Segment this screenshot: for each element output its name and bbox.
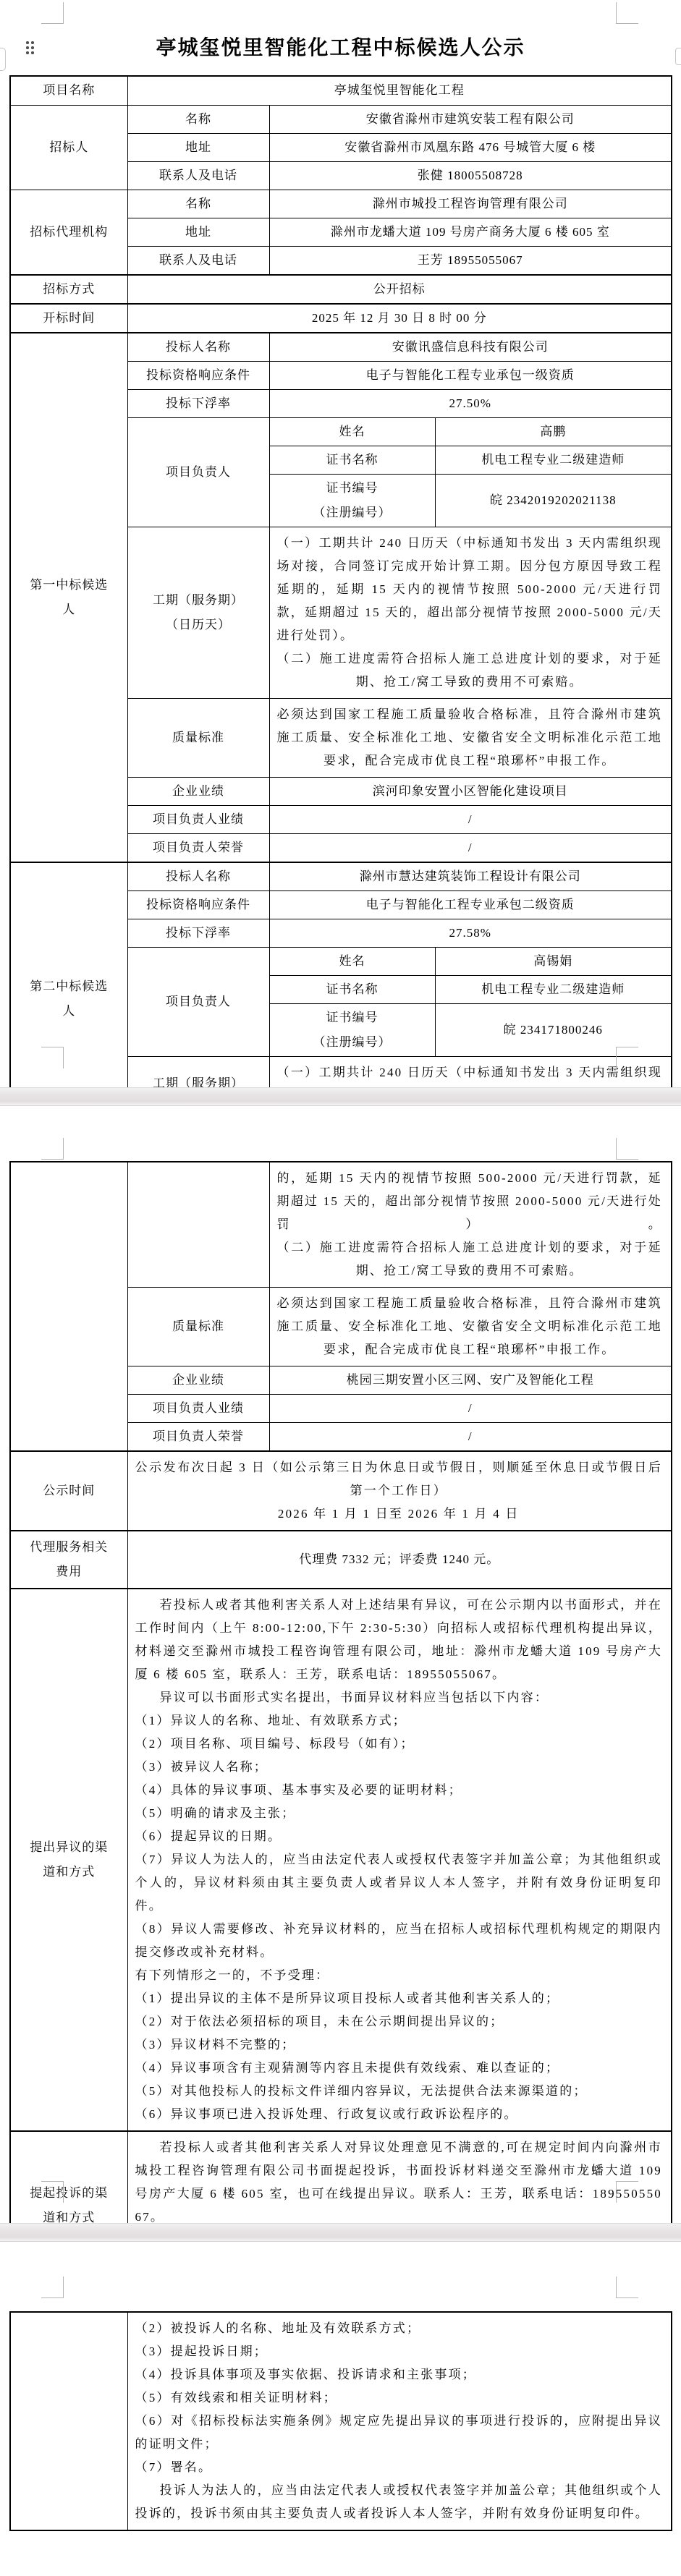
value-c1-enterprise-performance: 滨河印象安置小区智能化建设项目	[269, 777, 672, 805]
label-tenderee-contact: 联系人及电话	[127, 161, 269, 190]
value-c2-pm-cert-name: 机电工程专业二级建造师	[435, 975, 672, 1003]
paragraph: （5）有效线索和相关证明材料；	[135, 2386, 663, 2410]
paragraph: 若投标人或者其他利害关系人对上述结果有异议，可在公示期内以书面形式，并在工作时间…	[135, 1594, 663, 1686]
label-tenderee-address: 地址	[127, 133, 269, 161]
paragraph: （1）异议人的名称、地址、有效联系方式；	[135, 1709, 663, 1733]
value-c1-quality-standard: 必须达到国家工程施工质量验收合格标准，且符合滁州市建筑施工质量、安全标准化工地、…	[269, 698, 672, 777]
paragraph: 2026 年 1 月 1 日至 2026 年 1 月 4 日	[135, 1502, 663, 1526]
label-c2-pm-honor: 项目负责人荣誉	[127, 1423, 269, 1452]
label-c1-pm-name: 姓名	[269, 417, 435, 446]
crop-mark-bottom-left	[41, 2181, 64, 2203]
paragraph: （6）对《招标投标法实施条例》规定应先提出异议的事项进行投诉的，应附提出异议的证…	[135, 2410, 663, 2456]
label-project-name: 项目名称	[10, 76, 127, 105]
row-agency-service-fee: 代理服务相关费用代理费 7332 元；评委费 1240 元。	[10, 1531, 672, 1589]
row-tenderee-name: 招标人名称安徽省滁州市建筑安装工程有限公司	[10, 105, 672, 133]
page-3: （2）被投诉人的名称、地址及有效联系方式；（3）提起投诉日期；（4）投诉具体事项…	[0, 2242, 681, 2576]
value-c2-qualification: 电子与智能化工程专业承包二级资质	[269, 890, 672, 919]
page-break-gap-1	[0, 1087, 681, 1106]
value-c2-pm-name: 高锡娟	[435, 947, 672, 975]
paragraph: （6）异议事项已进入投诉处理、行政复议或行政诉讼程序的。	[135, 2103, 663, 2126]
crop-mark-top-right	[616, 2, 638, 24]
value-c1-discount-rate: 27.50%	[269, 389, 672, 417]
drag-handle-icon[interactable]	[26, 41, 35, 56]
crop-mark-top-left	[41, 1138, 64, 1160]
label-agency-contact: 联系人及电话	[127, 246, 269, 275]
label-agency-address: 地址	[127, 218, 269, 246]
group-tenderee: 招标人	[10, 105, 127, 190]
paragraph: （1）提出异议的主体不是所异议项目投标人或者其他利害关系人的；	[135, 1987, 663, 2010]
paragraph: （7）署名。	[135, 2456, 663, 2479]
label-objection-channel: 提出异议的渠道和方式	[10, 1589, 127, 2131]
label-complaint-channel: 提起投诉的渠道和方式	[10, 2131, 127, 2223]
label-c1-discount-rate: 投标下浮率	[127, 389, 269, 417]
paragraph: 的，延期 15 天内的视情节按照 500-2000 元/天进行罚款，延期超过 1…	[277, 1167, 663, 1236]
value-objection-channel: 若投标人或者其他利害关系人对上述结果有异议，可在公示期内以书面形式，并在工作时间…	[127, 1589, 672, 2131]
group-c1-project-manager: 项目负责人	[127, 417, 269, 527]
group-agency: 招标代理机构	[10, 190, 127, 275]
label-c2-discount-rate: 投标下浮率	[127, 919, 269, 947]
label-bid-opening-time: 开标时间	[10, 304, 127, 333]
value-c1-duration: （一）工期共计 240 日历天（中标通知书发出 3 天内需组织现场对接，合同签订…	[269, 527, 672, 698]
row-publicity-period: 公示时间公示发布次日起 3 日（如公示第三日为休息日或节假日，则顺延至休息日或节…	[10, 1451, 672, 1531]
row-objection-channel: 提出异议的渠道和方式若投标人或者其他利害关系人对上述结果有异议，可在公示期内以书…	[10, 1589, 672, 2131]
value-c2-pm-performance: /	[269, 1395, 672, 1423]
label-c2-pm-performance: 项目负责人业绩	[127, 1395, 269, 1423]
paragraph: （4）具体的异议事项、基本事实及必要的证明材料；	[135, 1779, 663, 1802]
paragraph: （6）提起异议的日期。	[135, 1825, 663, 1848]
value-c1-pm-performance: /	[269, 805, 672, 833]
announcement-table-page-2: 的，延期 15 天内的视情节按照 500-2000 元/天进行罚款，延期超过 1…	[9, 1161, 672, 2223]
label-c1-quality-standard: 质量标准	[127, 698, 269, 777]
label-c1-pm-cert-name: 证书名称	[269, 446, 435, 474]
group-candidate-2-continued	[10, 1162, 127, 1451]
crop-mark-top-right	[616, 1138, 638, 1160]
paragraph: （3）被异议人名称；	[135, 1756, 663, 1779]
value-publicity-period: 公示发布次日起 3 日（如公示第三日为休息日或节假日，则顺延至休息日或节假日后第…	[127, 1451, 672, 1531]
paragraph: 若投标人或者其他利害关系人对异议处理意见不满意的,可在规定时间内向滁州市城投工程…	[135, 2136, 663, 2223]
row-c2-bidder-name: 第二中标候选人投标人名称滁州市慧达建筑装饰工程设计有限公司	[10, 862, 672, 891]
value-tender-method: 公开招标	[127, 275, 672, 304]
paragraph: （7）异议人为法人的，应当由法定代表人或授权代表签字并加盖公章；为其他组织或个人…	[135, 1848, 663, 1918]
value-project-name: 亭城玺悦里智能化工程	[127, 76, 672, 105]
paragraph: 必须达到国家工程施工质量验收合格标准，且符合滁州市建筑施工质量、安全标准化工地、…	[277, 703, 663, 773]
value-agency-contact: 王芳 18955055067	[269, 246, 672, 275]
row-tender-method: 招标方式公开招标	[10, 275, 672, 304]
value-tenderee-address: 安徽省滁州市凤凰东路 476 号城管大厦 6 楼	[269, 133, 672, 161]
group-candidate-2: 第二中标候选人	[10, 862, 127, 1088]
page-1: 亭城玺悦里智能化工程中标候选人公示 项目名称亭城玺悦里智能化工程招标人名称安徽省…	[0, 0, 681, 1087]
paragraph: （2）被投诉人的名称、地址及有效联系方式；	[135, 2317, 663, 2340]
label-tenderee-name: 名称	[127, 105, 269, 133]
announcement-table-page-3: （2）被投诉人的名称、地址及有效联系方式；（3）提起投诉日期；（4）投诉具体事项…	[9, 2311, 672, 2531]
label-c2-quality-standard: 质量标准	[127, 1288, 269, 1366]
label-agency-name: 名称	[127, 190, 269, 218]
value-complaint-channel: 若投标人或者其他利害关系人对异议处理意见不满意的,可在规定时间内向滁州市城投工程…	[127, 2131, 672, 2223]
paragraph: （一）工期共计 240 日历天（中标通知书发出 3 天内需组织现场对接，合同签订…	[277, 1061, 663, 1088]
value-c2-bidder-name: 滁州市慧达建筑装饰工程设计有限公司	[269, 862, 672, 891]
edge-floating-button-right[interactable]	[675, 48, 681, 65]
group-c2-project-manager: 项目负责人	[127, 947, 269, 1056]
value-tenderee-contact: 张健 18005508728	[269, 161, 672, 190]
value-c1-qualification: 电子与智能化工程专业承包一级资质	[269, 361, 672, 389]
label-c2-bidder-name: 投标人名称	[127, 862, 269, 891]
row-agency-name: 招标代理机构名称滁州市城投工程咨询管理有限公司	[10, 190, 672, 218]
label-c1-enterprise-performance: 企业业绩	[127, 777, 269, 805]
label-c1-bidder-name: 投标人名称	[127, 333, 269, 362]
announcement-table-page-1: 项目名称亭城玺悦里智能化工程招标人名称安徽省滁州市建筑安装工程有限公司地址安徽省…	[9, 75, 672, 1087]
label-c2-pm-cert-name: 证书名称	[269, 975, 435, 1003]
crop-mark-bottom-left	[41, 1047, 64, 1068]
paragraph: （5）明确的请求及主张；	[135, 1802, 663, 1825]
label-c2-duration: 工期（服务期） （日历天）	[127, 1056, 269, 1087]
paragraph: 投诉人为法人的，应当由法定代表人或授权代表签字并加盖公章；其他组织或个人投诉的，…	[135, 2479, 663, 2525]
group-candidate-1: 第一中标候选人	[10, 333, 127, 862]
crop-mark-top-right	[616, 2277, 638, 2298]
label-c1-pm-honor: 项目负责人荣誉	[127, 833, 269, 862]
paragraph: （2）项目名称、项目编号、标段号（如有）；	[135, 1733, 663, 1756]
label-c2-qualification: 投标资格响应条件	[127, 890, 269, 919]
value-agency-name: 滁州市城投工程咨询管理有限公司	[269, 190, 672, 218]
paragraph: （4）投诉具体事项及事实依据、投诉请求和主张事项；	[135, 2363, 663, 2386]
paragraph: （3）提起投诉日期；	[135, 2340, 663, 2363]
page-break-gap-2	[0, 2223, 681, 2242]
crop-mark-top-left	[41, 2, 64, 24]
row-c1-bidder-name: 第一中标候选人投标人名称安徽讯盛信息科技有限公司	[10, 333, 672, 362]
value-tenderee-name: 安徽省滁州市建筑安装工程有限公司	[269, 105, 672, 133]
label-c2-duration-continued	[127, 1162, 269, 1288]
label-publicity-period: 公示时间	[10, 1451, 127, 1531]
value-c2-duration-continued: 的，延期 15 天内的视情节按照 500-2000 元/天进行罚款，延期超过 1…	[269, 1162, 672, 1288]
paragraph: 有下列情形之一的，不予受理：	[135, 1964, 663, 1987]
document-title: 亭城玺悦里智能化工程中标候选人公示	[0, 35, 681, 61]
value-c1-pm-name: 高鹏	[435, 417, 672, 446]
paragraph: （4）异议事项含有主观猜测等内容且未提供有效线索、难以查证的；	[135, 2057, 663, 2080]
row-c2-duration-continued: 的，延期 15 天内的视情节按照 500-2000 元/天进行罚款，延期超过 1…	[10, 1162, 672, 1288]
label-c2-pm-cert-no: 证书编号 （注册编号）	[269, 1003, 435, 1056]
label-tender-method: 招标方式	[10, 275, 127, 304]
paragraph: 异议可以书面形式实名提出，书面异议材料应当包括以下内容：	[135, 1686, 663, 1709]
label-c2-pm-name: 姓名	[269, 947, 435, 975]
paragraph: （3）异议材料不完整的；	[135, 2033, 663, 2057]
value-agency-address: 滁州市龙蟠大道 109 号房产商务大厦 6 楼 605 室	[269, 218, 672, 246]
paragraph: 必须达到国家工程施工质量验收合格标准，且符合滁州市建筑施工质量、安全标准化工地、…	[277, 1292, 663, 1361]
paragraph: （5）对其他投标人的投标文件详细内容异议，无法提供合法来源渠道的；	[135, 2080, 663, 2103]
row-project-name: 项目名称亭城玺悦里智能化工程	[10, 76, 672, 105]
value-complaint-channel-continued: （2）被投诉人的名称、地址及有效联系方式；（3）提起投诉日期；（4）投诉具体事项…	[127, 2312, 672, 2530]
label-c2-enterprise-performance: 企业业绩	[127, 1366, 269, 1395]
value-c2-duration: （一）工期共计 240 日历天（中标通知书发出 3 天内需组织现场对接，合同签订…	[269, 1056, 672, 1087]
label-c1-duration: 工期（服务期） （日历天）	[127, 527, 269, 698]
row-complaint-channel-continued: （2）被投诉人的名称、地址及有效联系方式；（3）提起投诉日期；（4）投诉具体事项…	[10, 2312, 672, 2530]
value-agency-service-fee: 代理费 7332 元；评委费 1240 元。	[127, 1531, 672, 1589]
value-c2-discount-rate: 27.58%	[269, 919, 672, 947]
paragraph: （8）异议人需要修改、补充异议材料的，应当在招标人或招标代理机构规定的期限内提交…	[135, 1918, 663, 1964]
row-bid-opening-time: 开标时间2025 年 12 月 30 日 8 时 00 分	[10, 304, 672, 333]
value-c1-pm-cert-no: 皖 2342019202021138	[435, 474, 672, 527]
label-c1-pm-cert-no: 证书编号 （注册编号）	[269, 474, 435, 527]
value-c2-enterprise-performance: 桃园三期安置小区三网、安广及智能化工程	[269, 1366, 672, 1395]
page-2: 的，延期 15 天内的视情节按照 500-2000 元/天进行罚款，延期超过 1…	[0, 1106, 681, 2223]
value-c2-quality-standard: 必须达到国家工程施工质量验收合格标准，且符合滁州市建筑施工质量、安全标准化工地、…	[269, 1288, 672, 1366]
label-c1-pm-performance: 项目负责人业绩	[127, 805, 269, 833]
label-c1-qualification: 投标资格响应条件	[127, 361, 269, 389]
row-complaint-channel: 提起投诉的渠道和方式若投标人或者其他利害关系人对异议处理意见不满意的,可在规定时…	[10, 2131, 672, 2223]
paragraph: （二）施工进度需符合招标人施工总进度计划的要求，对于延期、抢工/窝工导致的费用不…	[277, 647, 663, 694]
group-complaint-channel-continued	[10, 2312, 127, 2530]
value-c2-pm-honor: /	[269, 1423, 672, 1452]
value-c1-pm-honor: /	[269, 833, 672, 862]
label-agency-service-fee: 代理服务相关费用	[10, 1531, 127, 1589]
paragraph: （二）施工进度需符合招标人施工总进度计划的要求，对于延期、抢工/窝工导致的费用不…	[277, 1236, 663, 1283]
crop-mark-top-left	[41, 2277, 64, 2298]
crop-mark-bottom-right	[616, 2181, 638, 2203]
paragraph: 公示发布次日起 3 日（如公示第三日为休息日或节假日，则顺延至休息日或节假日后第…	[135, 1456, 663, 1502]
value-c1-pm-cert-name: 机电工程专业二级建造师	[435, 446, 672, 474]
edge-floating-button-left[interactable]	[0, 48, 6, 71]
value-c1-bidder-name: 安徽讯盛信息科技有限公司	[269, 333, 672, 362]
crop-mark-bottom-right	[616, 1047, 638, 1068]
paragraph: （2）对于依法必须招标的项目，未在公示期间提出异议的；	[135, 2010, 663, 2033]
value-bid-opening-time: 2025 年 12 月 30 日 8 时 00 分	[127, 304, 672, 333]
paragraph: （一）工期共计 240 日历天（中标通知书发出 3 天内需组织现场对接，合同签订…	[277, 532, 663, 647]
